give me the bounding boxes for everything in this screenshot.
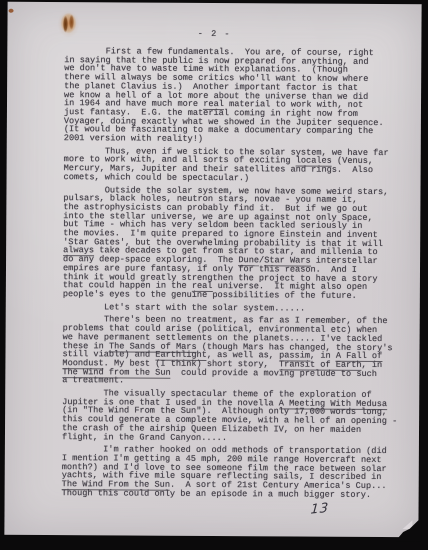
page-corner-curl — [395, 517, 421, 541]
paragraph: Outside the solar system, we now have so… — [63, 186, 416, 301]
typewritten-line: Let's start with the solar system...... — [63, 303, 415, 314]
typewritten-line: Though this could only be an episode in … — [62, 489, 414, 500]
handwritten-page-number: 13 — [310, 501, 330, 518]
paragraph: Let's start with the solar system...... — [63, 303, 415, 314]
paragraph: First a few fundamentals. You are, of co… — [64, 47, 417, 145]
typewritten-body: First a few fundamentals. You are, of co… — [62, 47, 417, 500]
paragraph: The visually spectacular theme of the ex… — [62, 389, 414, 443]
scan-background: { "scan": { "background_color": "#0b0a0b… — [0, 0, 428, 550]
rust-dot-mark — [9, 9, 14, 13]
paragraph: There's been no treatment, as far as I r… — [62, 315, 414, 387]
paragraph: I'm rather hooked on odd methods of tran… — [62, 445, 414, 499]
typewritten-line: flight, in the Grand Canyon..... — [62, 433, 414, 444]
paper-page: - 2 - First a few fundamentals. You are,… — [4, 2, 421, 538]
paragraph: Thus, even if we stick to the solar syst… — [64, 147, 416, 184]
